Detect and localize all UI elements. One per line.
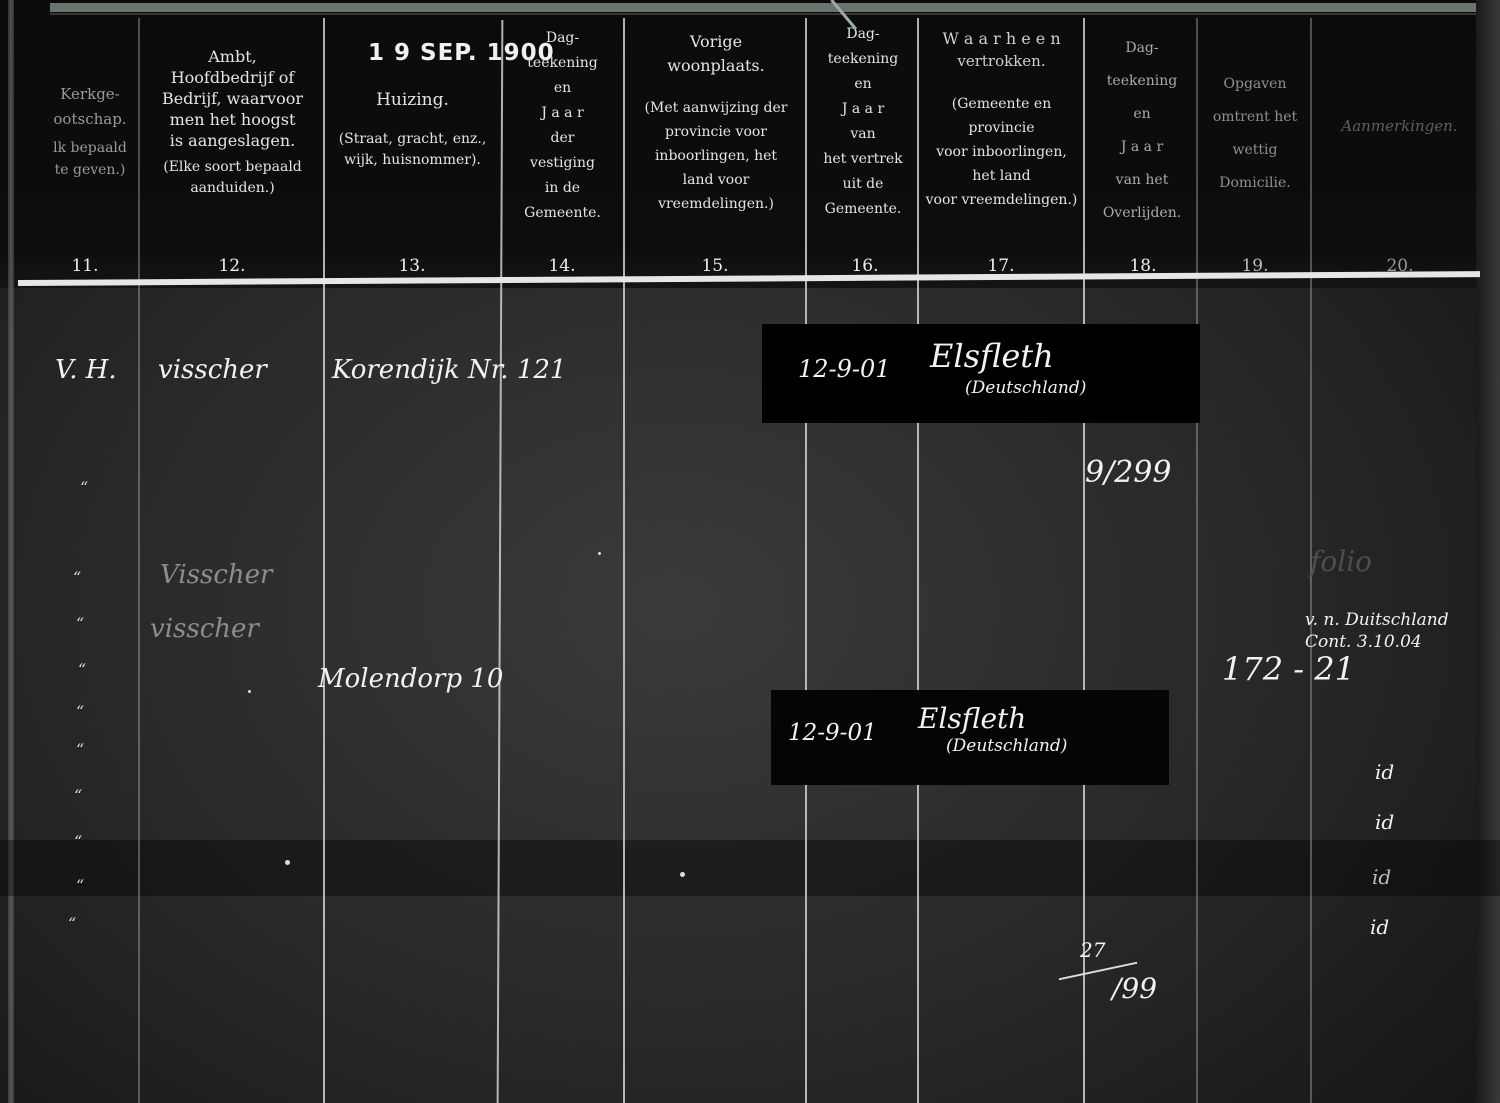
ditto-mark: “ bbox=[80, 478, 88, 497]
ditto-mark: “ bbox=[76, 876, 84, 895]
departure-date-2: 12-9-01 bbox=[788, 720, 877, 746]
occupation-entry-2b: visscher bbox=[150, 614, 259, 644]
top-border-rule-thin bbox=[50, 13, 1500, 15]
death-reference-2: /99 bbox=[1112, 972, 1157, 1005]
header-col-14: Dag- teekening en J a a r der vestiging … bbox=[500, 26, 625, 226]
header-col-20: Aanmerkingen. bbox=[1312, 114, 1487, 139]
death-reference-1: 9/299 bbox=[1085, 455, 1171, 490]
speck bbox=[598, 552, 601, 555]
column-number-18: 18. bbox=[1113, 256, 1173, 276]
header-col-11: Kerkge- ootschap. lk bepaald te geven.) bbox=[40, 82, 140, 180]
ditto-mark: “ bbox=[76, 740, 84, 759]
column-number-16: 16. bbox=[835, 256, 895, 276]
register-page: 1 9 SEP. 1900 Kerkge- ootschap. lk bepaa… bbox=[0, 0, 1500, 1103]
column-number-14: 14. bbox=[532, 256, 592, 276]
remark-line-1: v. n. Duitschland bbox=[1305, 610, 1449, 630]
speck bbox=[285, 860, 290, 865]
shadow-band bbox=[0, 840, 1500, 896]
religion-entry-1: V. H. bbox=[55, 355, 117, 385]
ditto-mark: “ bbox=[73, 568, 81, 587]
speck bbox=[248, 690, 251, 693]
remark-ditto-3: id bbox=[1372, 865, 1391, 889]
destination-1: Elsfleth bbox=[930, 337, 1054, 375]
header-col-17: W a a r h e e n vertrokken. (Gemeente en… bbox=[918, 28, 1085, 212]
page-left-edge bbox=[8, 0, 14, 1103]
header-col-15: Vorige woonplaats. (Met aanwijzing der p… bbox=[625, 30, 807, 216]
ditto-mark: “ bbox=[76, 614, 84, 633]
ditto-mark: “ bbox=[78, 660, 86, 679]
occupation-entry-2a: Visscher bbox=[160, 560, 272, 590]
ditto-mark: “ bbox=[68, 914, 76, 933]
address-entry-1: Korendijk Nr. 121 bbox=[332, 355, 566, 385]
column-number-12: 12. bbox=[202, 256, 262, 276]
top-border-rule bbox=[50, 3, 1500, 12]
remark-ditto-2: id bbox=[1375, 810, 1394, 834]
remark-ditto-4: id bbox=[1370, 915, 1389, 939]
occupation-entry-1: visscher bbox=[158, 355, 267, 385]
death-reference-2-top: 27 bbox=[1080, 938, 1105, 962]
header-col-18: Dag- teekening en J a a r van het Overli… bbox=[1085, 32, 1199, 230]
header-col-12: Ambt, Hoofdbedrijf of Bedrijf, waarvoor … bbox=[140, 46, 325, 199]
column-number-13: 13. bbox=[382, 256, 442, 276]
remark-faint: folio bbox=[1310, 545, 1372, 578]
remark-ditto-1: id bbox=[1375, 760, 1394, 784]
column-number-15: 15. bbox=[685, 256, 745, 276]
column-number-19: 19. bbox=[1225, 256, 1285, 276]
ditto-mark: “ bbox=[76, 702, 84, 721]
ditto-mark: “ bbox=[74, 832, 82, 851]
header-col-13: Huizing. (Straat, gracht, enz., wijk, hu… bbox=[325, 88, 500, 171]
header-col-16: Dag- teekening en J a a r van het vertre… bbox=[807, 22, 919, 222]
address-entry-2: Molendorp 10 bbox=[318, 664, 503, 694]
departure-date-1: 12-9-01 bbox=[798, 355, 891, 383]
remark-line-2: Cont. 3.10.04 bbox=[1305, 632, 1422, 652]
page-right-edge bbox=[1476, 0, 1500, 1103]
domicile-reference: 172 - 21 bbox=[1222, 650, 1355, 688]
header-col-19: Opgaven omtrent het wettig Domicilie. bbox=[1198, 68, 1312, 200]
destination-1-country: (Deutschland) bbox=[965, 378, 1086, 398]
column-number-17: 17. bbox=[971, 256, 1031, 276]
ditto-mark: “ bbox=[74, 786, 82, 805]
destination-2-country: (Deutschland) bbox=[946, 736, 1067, 756]
column-number-11: 11. bbox=[55, 256, 115, 276]
column-number-20: 20. bbox=[1370, 256, 1430, 276]
speck bbox=[680, 872, 685, 877]
destination-2: Elsfleth bbox=[918, 702, 1026, 735]
